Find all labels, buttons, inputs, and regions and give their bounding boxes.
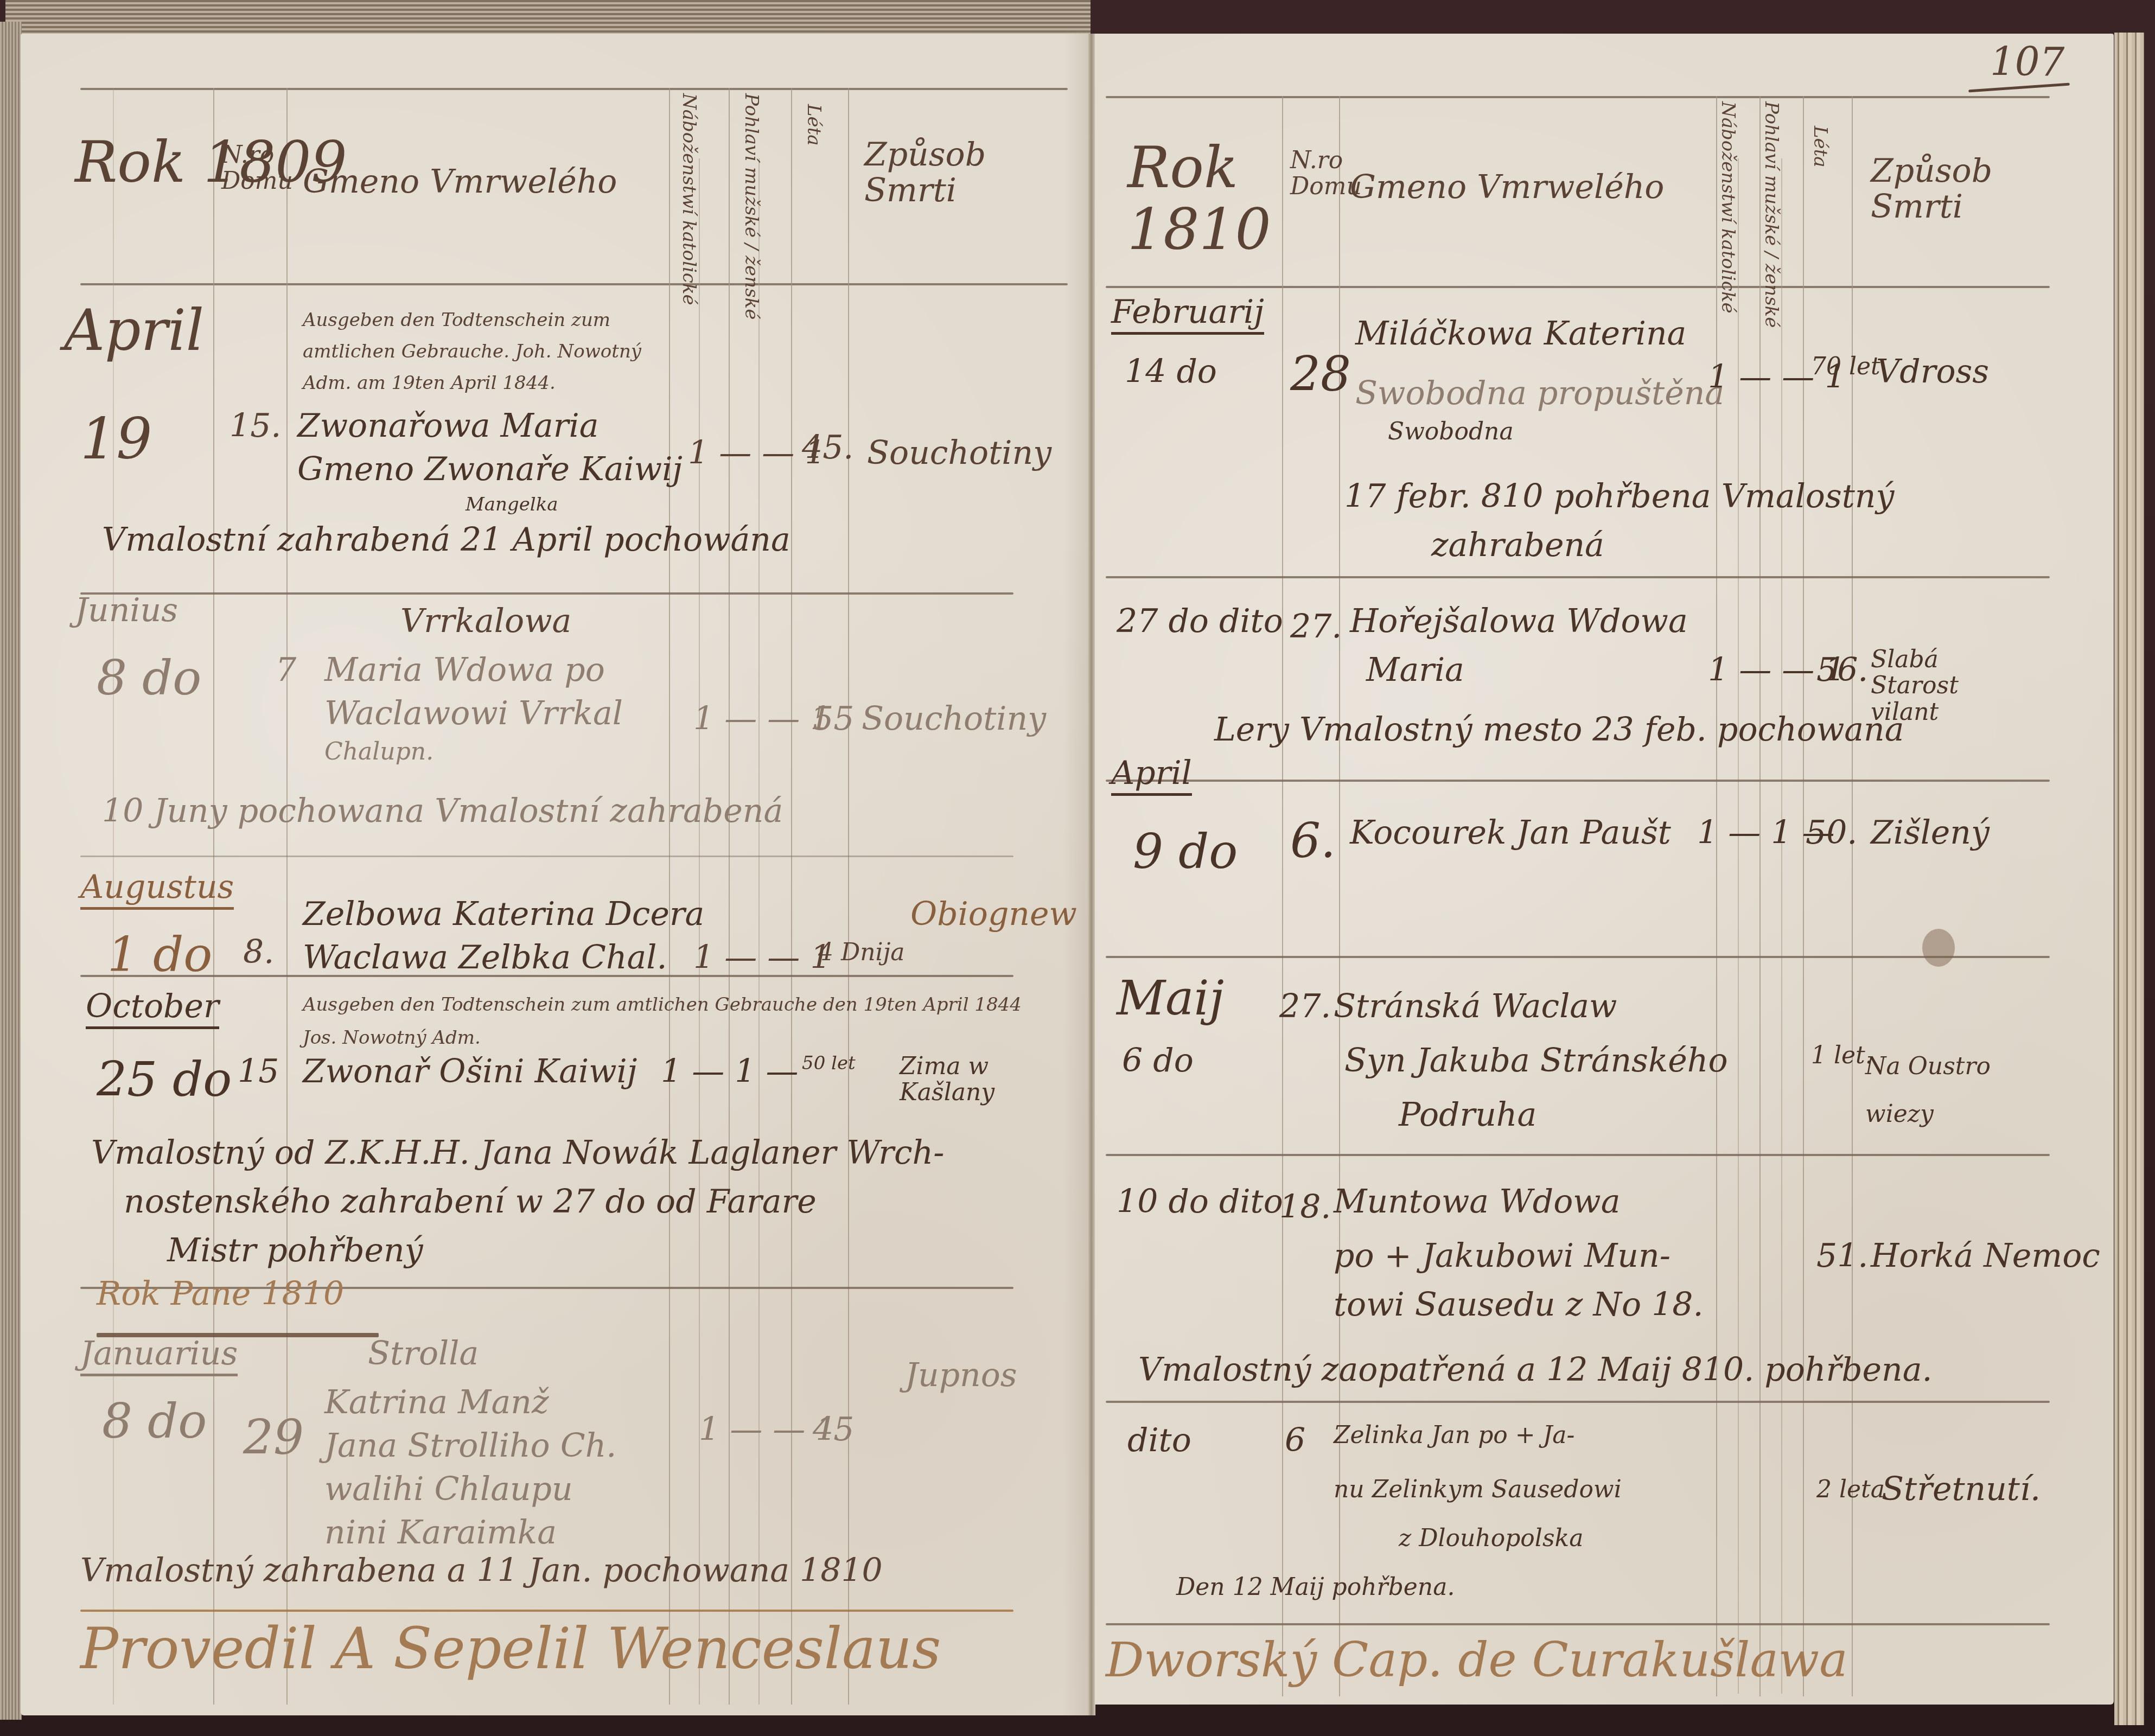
entry-age: 1 let. — [1811, 1043, 1873, 1069]
entry-name: Zelbowa Katerina Dcera — [303, 896, 704, 932]
entry-day: dito — [1127, 1422, 1191, 1458]
header-name: Gmeno Vmrwelého — [1350, 169, 1664, 205]
entry-burial-note: zahrabená — [1431, 527, 1604, 563]
header-house-no: N.ro Domu — [221, 142, 281, 195]
entry-age: 51. — [1816, 1238, 1868, 1274]
entry-month: Januarius — [80, 1336, 238, 1376]
entry-cause: Vdross — [1876, 354, 1989, 390]
page-number: 107 — [1990, 39, 2064, 85]
entry-cause: Na Oustro wiezy — [1865, 1043, 2017, 1138]
entry-name: Maria — [1366, 652, 1464, 688]
entry-divider — [1106, 1401, 2050, 1403]
entry-house: 27. — [1290, 609, 1342, 644]
entry-divider — [1106, 1623, 2050, 1625]
entry-house: 6. — [1290, 815, 1336, 867]
entry-house: 27. — [1279, 988, 1331, 1024]
header-age: Léta — [1810, 126, 1830, 168]
header-bottom-rule — [1106, 286, 2050, 288]
entry-burial-note: Vmalostný od Z.K.H.H. Jana Nowák Laglane… — [91, 1135, 944, 1171]
entry-day: 27 do dito — [1117, 603, 1283, 639]
entry-name: Mangelka — [466, 495, 558, 515]
book-gutter — [1088, 34, 1095, 1715]
entry-day: 1 do — [107, 929, 212, 981]
entry-day: 25 do — [97, 1054, 232, 1106]
entry-name: Swobodna — [1388, 419, 1514, 445]
header-age: Léta — [804, 104, 824, 146]
entry-divider — [1106, 576, 2050, 578]
entry-cause: Zišlený — [1871, 815, 1990, 851]
entry-house: 29 — [243, 1412, 304, 1464]
entry-name: po + Jakubowi Mun- — [1334, 1238, 1671, 1274]
entry-cause: Horká Nemoc — [1871, 1238, 2100, 1274]
right-page: 107 Rok 1810 N.ro Domu Gmeno Vmrwelého N… — [1095, 34, 2114, 1705]
entry-burial-note: Vmalostní zahrabená 21 April pochowána — [102, 522, 790, 558]
entry-burial-note: Den 12 Maij pohřbena. — [1176, 1574, 1455, 1600]
entry-name: Zwonařowa Maria — [297, 408, 598, 444]
entry-age: 50. — [1806, 815, 1857, 851]
header-religion: Náboženstwí katolické — [679, 93, 699, 305]
entry-month: October — [86, 988, 219, 1029]
col-line — [1852, 96, 1853, 1696]
entry-marks: 1 — — 1 — [693, 701, 831, 737]
entry-month: Augustus — [80, 869, 234, 910]
entry-name: nu Zelinkym Sausedowi — [1334, 1477, 1622, 1503]
col-line — [1803, 96, 1804, 1696]
entry-burial-note: Lery Vmalostný mesto 23 feb. pochowana — [1214, 712, 1904, 748]
entry-burial-note: 17 febr. 810 pohřbena Vmalostný — [1344, 478, 1894, 514]
book-spread: Rok 1809 N.ro Domu Gmeno Vmrwelého Nábož… — [0, 0, 2155, 1736]
entry-name: Zwonař Ošini Kaiwij — [303, 1054, 637, 1089]
entry-age: 45 — [813, 1412, 854, 1447]
entry-divider — [80, 1610, 1013, 1612]
header-cause: Způsob Smrti — [1871, 153, 1979, 225]
entry-day: 9 do — [1133, 826, 1238, 878]
entry-cause: Souchotiny — [862, 701, 1046, 737]
col-line — [1759, 96, 1761, 1696]
entry-name: z Dlouhopolska — [1399, 1526, 1583, 1552]
entry-house: 28 — [1290, 348, 1351, 401]
entry-cause: Zima w Kašlany — [900, 1054, 1008, 1106]
entry-name: Maria Wdowa po — [324, 652, 605, 688]
entry-month: Maij — [1117, 972, 1224, 1025]
entry-age: 50 let — [802, 1054, 856, 1074]
col-line — [729, 88, 730, 1705]
entry-house: 8. — [243, 934, 274, 970]
entry-name: Vrrkalowa — [400, 603, 571, 639]
entry-month: Junius — [75, 592, 178, 628]
entry-name: Waclawowi Vrrkal — [324, 695, 623, 731]
entry-month: April — [64, 299, 204, 361]
entry-day: 8 do — [97, 652, 201, 705]
entry-marks: 1 — — 1 — [693, 940, 831, 975]
col-line — [791, 88, 792, 1705]
entry-divider — [1106, 780, 2050, 782]
entry-day: 6 do — [1122, 1043, 1194, 1078]
page-edges-top — [5, 0, 1091, 38]
signature: Provedil A Sepelil Wenceslaus — [80, 1618, 941, 1680]
entry-name: Syn Jakuba Stránského — [1344, 1043, 1728, 1078]
page-edges-left — [0, 22, 22, 1720]
entry-divider — [1106, 956, 2050, 958]
entry-month: Februarij — [1111, 294, 1264, 335]
entry-note: Ausgeben den Todtenschein zum amtlichen … — [303, 988, 1051, 1055]
entry-name: Hořejšalowa Wdowa — [1350, 603, 1688, 639]
col-line — [758, 158, 760, 1705]
entry-burial-note: Vmalostný zaopatřená a 12 Maij 810. pohř… — [1138, 1352, 1933, 1388]
entry-age: 55 — [813, 701, 854, 737]
ink-blot — [1922, 929, 1955, 967]
entry-cause: Obiognew — [910, 896, 1077, 932]
entry-name: Swobodna propuštěna — [1355, 375, 1724, 411]
entry-divider — [1106, 1154, 2050, 1156]
entry-name: towi Sausedu z No 18. — [1334, 1287, 1704, 1323]
entry-day: 10 do dito — [1117, 1184, 1283, 1220]
entry-cause: Souchotiny — [867, 435, 1051, 471]
entry-name: Kocourek Jan Paušt — [1350, 815, 1671, 851]
entry-house: 7 — [276, 652, 296, 688]
entry-burial-note: Vmalostný zahrabena a 11 Jan. pochowana … — [80, 1553, 883, 1588]
header-sex: Pohlaví mužské / ženské — [741, 93, 761, 320]
header-year: Rok 1810 — [1127, 137, 1258, 261]
col-line — [848, 88, 849, 1705]
header-top-rule — [80, 88, 1068, 90]
entry-house: 18. — [1279, 1189, 1331, 1225]
entry-day: 14 do — [1125, 354, 1217, 390]
entry-burial-note: Mistr pohřbený — [167, 1233, 423, 1268]
col-line — [1716, 96, 1717, 1696]
entry-name: Stránská Waclaw — [1334, 988, 1617, 1024]
entry-note: Ausgeben den Todtenschein zum amtlichen … — [303, 305, 672, 399]
entry-divider — [80, 975, 1013, 977]
entry-age: 2 leta — [1816, 1477, 1885, 1503]
entry-age: 45. — [802, 430, 853, 465]
entry-name: Strolla — [368, 1336, 479, 1371]
left-page: Rok 1809 N.ro Domu Gmeno Vmrwelého Nábož… — [21, 34, 1095, 1715]
entry-name: Miláčkowa Katerina — [1355, 316, 1686, 352]
entry-age: 70 let — [1811, 354, 1880, 380]
entry-house: 6 — [1285, 1422, 1305, 1458]
entry-name: Gmeno Zwonaře Kaiwij — [297, 451, 683, 487]
entry-name: Chalupn. — [324, 739, 433, 765]
entry-name: Muntowa Wdowa — [1334, 1184, 1621, 1220]
entry-divider — [80, 592, 1013, 595]
section-heading: Rok Pane 1810 — [97, 1276, 344, 1312]
entry-day: 8 do — [102, 1395, 207, 1448]
entry-cause: Střetnutí. — [1882, 1471, 2041, 1507]
entry-month: April — [1111, 755, 1192, 796]
header-cause: Způsob Smrti — [864, 137, 973, 208]
entry-name: Waclawa Zelbka Chal. — [303, 940, 667, 975]
page-edges-right — [2114, 33, 2144, 1725]
header-house-no: N.ro Domu — [1290, 148, 1339, 200]
entry-name: Zelinka Jan po + Ja- — [1334, 1422, 1574, 1448]
col-line — [1282, 96, 1283, 1696]
entry-house: 15. — [229, 408, 281, 444]
header-sex: Pohlaví mužské / ženské — [1761, 101, 1781, 328]
entry-burial-note: 10 Juny pochowana Vmalostní zahrabená — [102, 793, 783, 829]
entry-age: 56. — [1816, 652, 1868, 688]
entry-name: Katrina Manž — [324, 1384, 549, 1420]
entry-house: 15 — [238, 1054, 279, 1089]
header-name: Gmeno Vmrwelého — [303, 164, 617, 200]
entry-burial-note: nostenského zahrabení w 27 do od Farare — [124, 1184, 817, 1220]
entry-marks: 1 — 1 — — [661, 1054, 799, 1089]
entry-name: walihi Chlaupu — [324, 1471, 573, 1507]
entry-cause: Jupnos — [905, 1357, 1017, 1393]
header-top-rule — [1106, 96, 2050, 98]
signature: Dworský Cap. de Curakušlawa — [1106, 1634, 1848, 1687]
entry-name: Podruha — [1399, 1097, 1536, 1133]
entry-name: nini Karaimka — [324, 1515, 557, 1550]
entry-age: 4 Dnija — [818, 940, 905, 966]
entry-divider — [80, 856, 1013, 857]
entry-day: 19 — [80, 408, 152, 470]
col-line — [1339, 96, 1340, 1696]
header-bottom-rule — [80, 283, 1068, 285]
entry-name: Jana Strolliho Ch. — [324, 1428, 616, 1464]
header-religion: Náboženstwí katolické — [1718, 101, 1738, 314]
